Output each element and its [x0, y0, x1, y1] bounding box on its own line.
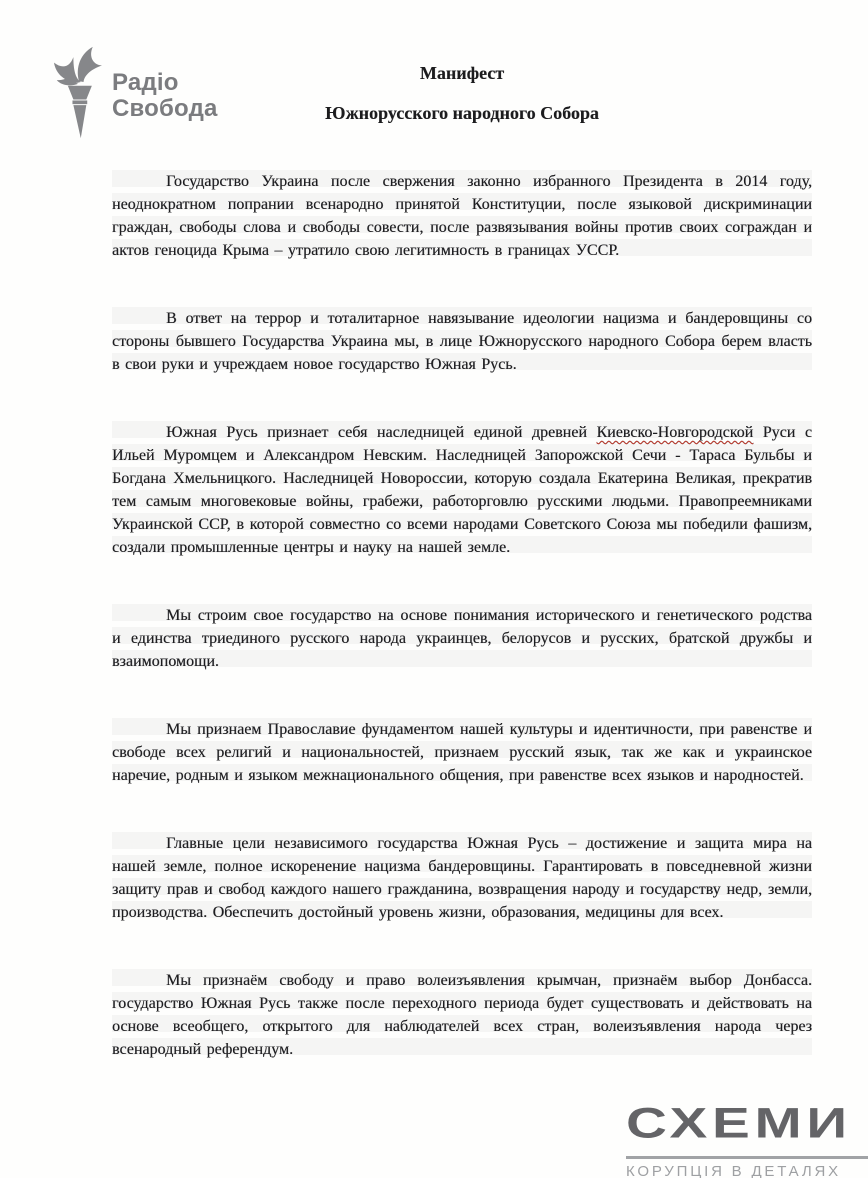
torch-icon [50, 46, 106, 142]
paragraph-heritage-pre: Южная Русь признает себя наследницей еди… [166, 424, 596, 441]
schemes-logo-text: СХЕМИ [626, 1103, 868, 1145]
schemes-tagline: КОРУПЦІЯ В ДЕТАЛЯХ [626, 1163, 868, 1178]
spellcheck-underlined-word: Киевско-Новгородской [596, 424, 753, 441]
document-body: Государство Украина после свержения зако… [112, 170, 812, 1106]
paragraph-heritage-post: Руси с Ильей Муромцем и Александром Невс… [112, 424, 812, 556]
paragraph-unity: Мы строим свое государство на основе пон… [112, 604, 812, 673]
paragraph-legitimacy: Государство Украина после свержения зако… [112, 170, 812, 262]
paragraph-new-state: В ответ на террор и тоталитарное навязыв… [112, 307, 812, 376]
schemes-watermark: СХЕМИ КОРУПЦІЯ В ДЕТАЛЯХ [626, 1103, 868, 1178]
paragraph-referendum: Мы признаём свободу и право волеизъявлен… [112, 969, 812, 1061]
paragraph-goals: Главные цели независимого государства Юж… [112, 832, 812, 924]
paragraph-orthodoxy: Мы признаем Православие фундаментом наше… [112, 718, 812, 787]
title-line2: Южнорусского народного Собора [112, 102, 812, 125]
document-page: Радіо Свобода Манифест Южнорусского наро… [0, 0, 868, 1178]
title-line1: Манифест [112, 62, 812, 85]
watermark-divider [626, 1156, 868, 1159]
paragraph-heritage: Южная Русь признает себя наследницей еди… [112, 421, 812, 559]
document-title: Манифест Южнорусского народного Собора [112, 62, 812, 125]
